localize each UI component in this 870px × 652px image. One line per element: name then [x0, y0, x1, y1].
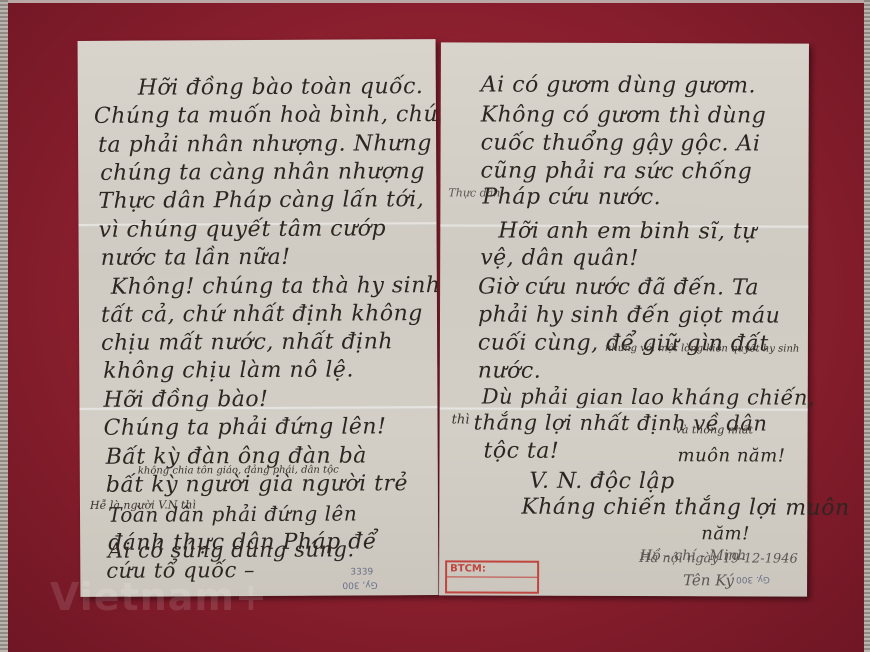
letter-line: Chúng ta phải đứng lên! — [104, 414, 387, 440]
letter-line: năm! — [701, 523, 750, 544]
letter-line: Giờ cứu nước đã đến. Ta — [478, 274, 759, 300]
letter-line: ta phải nhân nhượng. Nhưng — [98, 131, 432, 158]
inserted-note: và thống nhất — [676, 423, 754, 436]
letter-line: Hỡi anh em binh sĩ, tự — [498, 219, 757, 245]
letter-line: muôn năm! — [677, 445, 785, 466]
letter-line: phải hy sinh đến giọt máu — [478, 302, 780, 328]
letter-line: V. N. độc lập — [529, 469, 674, 495]
stamp-empty-row — [447, 577, 537, 591]
letter-line: vệ, dân quân! — [480, 245, 639, 271]
letter-line: Không! chúng ta thà hy sinh — [111, 273, 441, 300]
archive-code: Gy, 300 — [342, 579, 377, 589]
letter-line: tất cả, chứ nhất định không — [101, 301, 423, 328]
stamp-label: BTCM: — [447, 562, 537, 577]
vietnamplus-watermark: Vietnam+ — [50, 575, 268, 619]
letter-line: Pháp cứu nước. — [482, 185, 661, 211]
letter-line: không chịu làm nô lệ. — [103, 357, 354, 383]
letter-line: Thực dân Pháp càng lấn tới, — [98, 187, 424, 214]
frame-right-edge — [864, 0, 870, 652]
letter-line: Ai có gươm dùng gươm. — [481, 72, 756, 98]
letter-line: bất kỳ người già người trẻ — [106, 471, 408, 498]
frame-left-edge — [0, 0, 8, 652]
letter-line: cuốc thuổng gậy gộc. Ai — [481, 130, 761, 156]
letter-line: Kháng chiến thắng lợi muôn — [521, 495, 849, 521]
margin-prefix: thì — [452, 412, 470, 427]
interlinear-note: nhưng với một lòng kiên quyết hy sinh — [605, 343, 799, 355]
letter-line: chúng ta càng nhân nhượng — [100, 159, 425, 186]
letter-line: Ai có súng dùng súng. — [108, 537, 355, 562]
letter-line: Hỡi đồng bào! — [103, 387, 268, 413]
letter-line: Không có gươm thì dùng — [481, 102, 767, 128]
letter-line: Toàn dân phải đứng lên — [108, 501, 357, 526]
document-page-right: Ai có gươm dùng gươm. Không có gươm thì … — [439, 42, 809, 596]
letter-line: Hỡi đồng bào toàn quốc. — [138, 74, 424, 100]
archive-code: 3339 — [350, 567, 373, 577]
signature-name: Hồ - chí - Minh — [640, 548, 746, 564]
letter-line: Dù phải gian lao kháng chiến, — [482, 385, 815, 410]
document-page-left: Hỡi đồng bào toàn quốc. Chúng ta muốn ho… — [78, 39, 439, 597]
archive-code: Gy. 300 — [736, 574, 770, 584]
btcm-stamp: BTCM: — [445, 560, 539, 593]
letter-line: Chúng ta muốn hoà bình, chúng — [94, 102, 468, 129]
letter-line: nước. — [478, 358, 541, 383]
letter-line: chịu mất nước, nhất định — [101, 329, 393, 356]
letter-line: cũng phải ra sức chống — [480, 158, 752, 184]
letter-line: vì chúng quyết tâm cướp — [98, 216, 386, 243]
letter-line: nước ta lần nữa! — [101, 245, 291, 271]
letter-line: tộc ta! — [483, 439, 559, 464]
signature-label: Tên Ký — [683, 571, 734, 589]
